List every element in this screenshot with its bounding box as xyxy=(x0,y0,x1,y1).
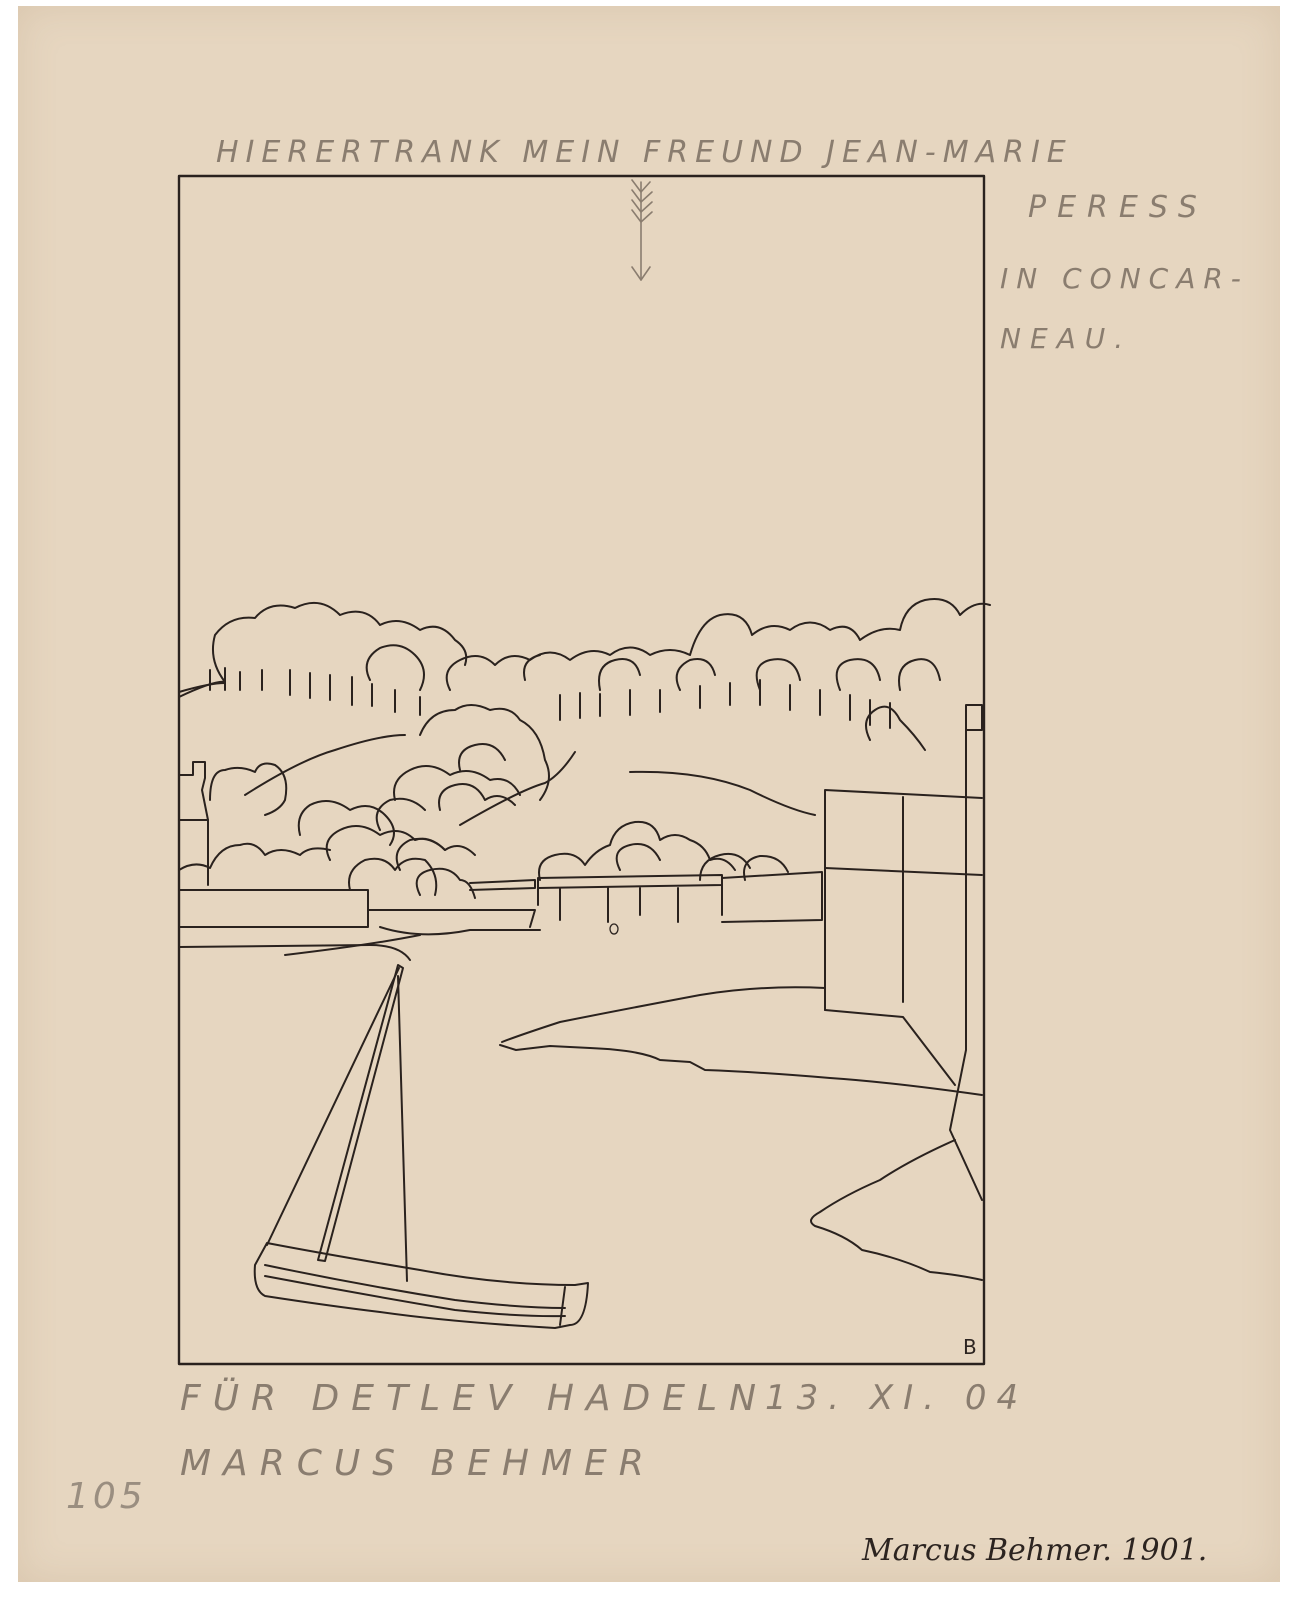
bridge xyxy=(470,872,822,934)
inscription-name: PERESS xyxy=(1028,190,1208,225)
signature: Marcus Behmer. 1901. xyxy=(862,1533,1207,1568)
drawing-frame xyxy=(179,176,984,1364)
shore xyxy=(811,1140,982,1280)
dedication-date: 13. XI. 04 xyxy=(765,1378,1028,1418)
hill xyxy=(630,772,815,815)
artwork-sheet: HIERERTRANK MEIN FREUND JEAN-MARIE PERES… xyxy=(0,0,1309,1600)
dedication-line: FÜR DETLEV HADELN xyxy=(180,1378,768,1419)
tree-line xyxy=(179,599,990,728)
inscription-place-1: IN CONCAR- xyxy=(1000,262,1249,295)
ink-drawing xyxy=(0,0,1309,1600)
shore xyxy=(179,945,410,960)
monogram: B xyxy=(963,1335,977,1359)
artist-name-pencil: MARCUS BEHMER xyxy=(180,1443,656,1484)
sailboat xyxy=(255,965,588,1328)
inscription-place-2: NEAU. xyxy=(1000,322,1132,355)
arrow-icon xyxy=(632,180,652,280)
bushes xyxy=(179,705,788,898)
inscription-top: HIERERTRANK MEIN FREUND JEAN-MARIE xyxy=(216,135,1073,170)
quay-building xyxy=(825,705,982,1200)
hill xyxy=(245,735,405,795)
margin-number: 105 xyxy=(66,1476,147,1517)
shore xyxy=(500,987,982,1095)
